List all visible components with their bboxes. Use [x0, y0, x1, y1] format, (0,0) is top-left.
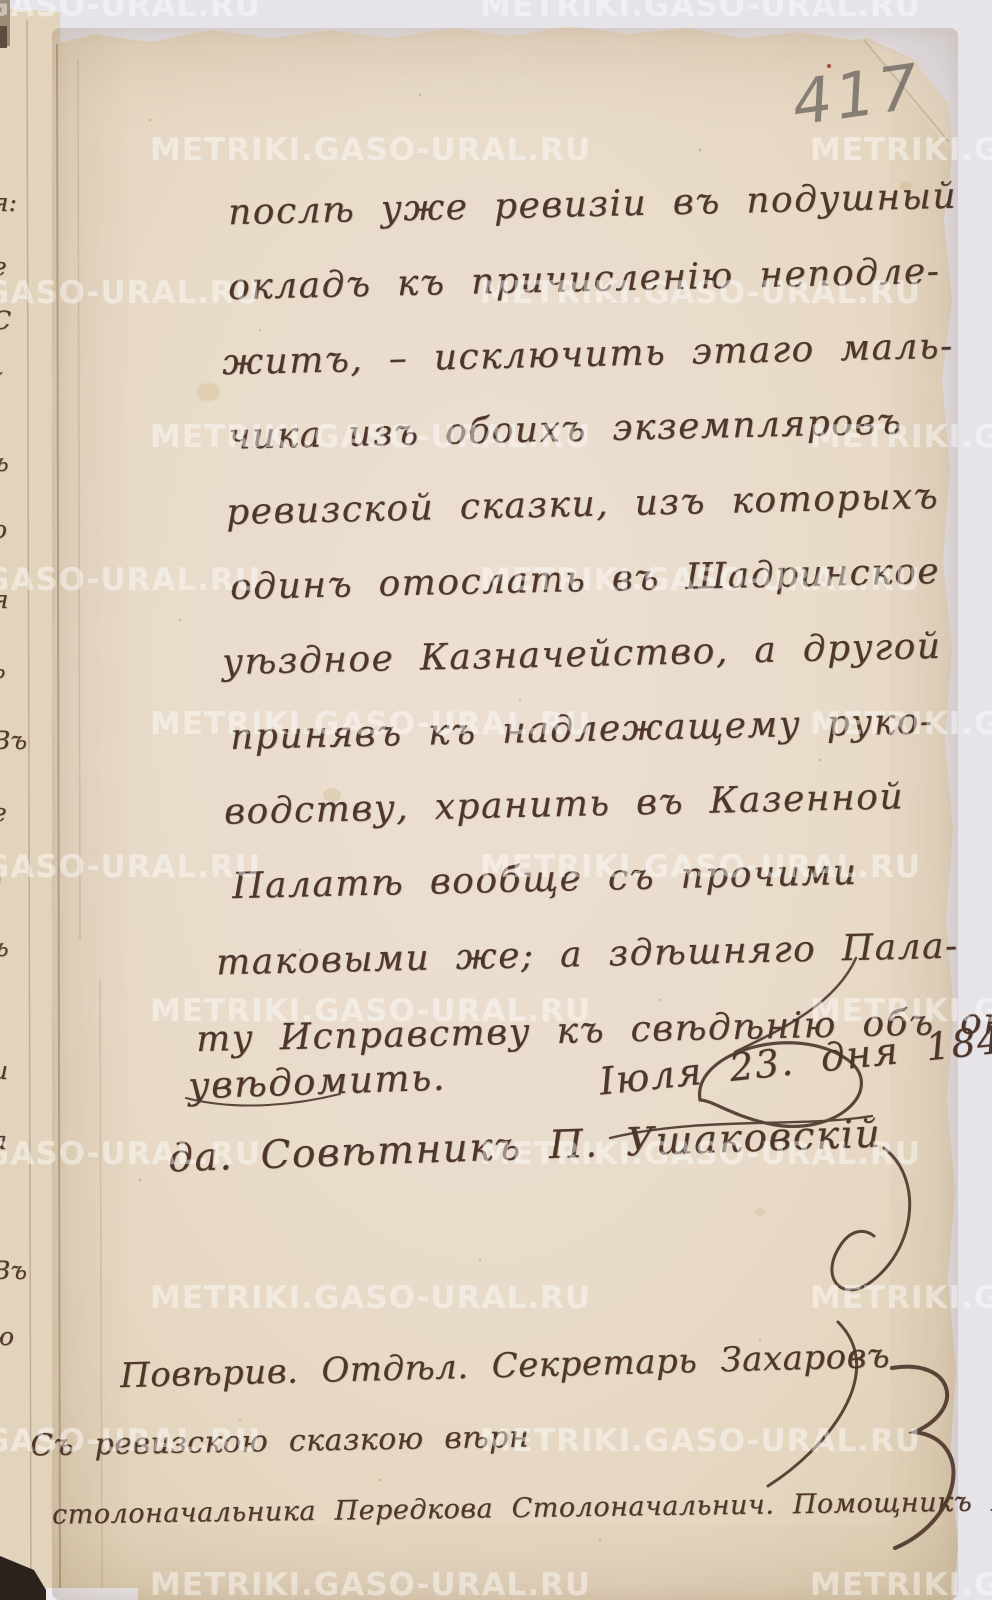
margin-ink-fragment: а	[0, 1126, 7, 1155]
margin-ink-fragment: (	[0, 368, 2, 397]
margin-ink-fragment: ъ	[0, 448, 9, 477]
margin-ink-fragment: )	[0, 866, 2, 895]
handwritten-line: Палатѣ вообще съ прочими	[232, 852, 858, 907]
handwritten-line: чика изъ обоихъ экземпляровъ	[228, 401, 903, 457]
margin-ink-fragment: ъ	[0, 933, 9, 962]
margin-ink-fragment: С	[0, 306, 11, 335]
handwritten-line: одинъ отослать въ Шадринское	[230, 551, 941, 608]
handwritten-line: окладъ къ причисленію неподле-	[228, 251, 941, 308]
margin-ink-fragment: о	[0, 515, 7, 544]
margin-ink-fragment: и	[0, 1056, 8, 1085]
handwriting-layer: я:еС(ъояьВъе)ъиаВъю послѣ уже ревизіи въ…	[0, 0, 992, 1600]
margin-ink-fragment: я	[0, 585, 9, 614]
handwritten-line: таковыми же; а здѣшняго Пала-	[216, 926, 959, 984]
closing-word: увѣдомить.	[187, 1056, 446, 1108]
handwritten-line: житъ, – исключить этаго маль-	[222, 326, 955, 384]
margin-ink-fragment: е	[0, 252, 7, 281]
certification-line: Съ ревизскою сказкою вѣрн	[30, 1420, 530, 1464]
certification-line: Повѣрив. Отдѣл. Секретарь Захаровъ	[120, 1336, 891, 1396]
margin-ink-fragment: е	[0, 798, 7, 827]
margin-ink-fragment: Въ	[0, 1256, 27, 1285]
scanned-document-page: 417 я:еС(ъояьВъе)ъиаВъю послѣ уже ревизі…	[0, 0, 992, 1600]
handwritten-line: послѣ уже ревизіи въ подушный	[228, 176, 958, 234]
margin-ink-fragment: ю	[0, 1322, 14, 1351]
certification-line: столоначальника Передкова Столоначальнич…	[52, 1484, 992, 1530]
handwritten-line: водству, хранить въ Казенной	[224, 776, 905, 832]
handwritten-line: принявъ къ надлежащему руко-	[230, 701, 934, 758]
handwritten-line: уѣздное Казначейство, а другой	[222, 626, 942, 683]
margin-ink-fragment: Въ	[0, 726, 27, 755]
handwritten-line: ревизской сказки, изъ которыхъ	[226, 476, 940, 533]
margin-ink-fragment: я:	[0, 188, 17, 217]
signature-line: да. Совѣтникъ П. Ушаковскій	[167, 1112, 882, 1182]
margin-ink-fragment: ь	[0, 655, 6, 684]
